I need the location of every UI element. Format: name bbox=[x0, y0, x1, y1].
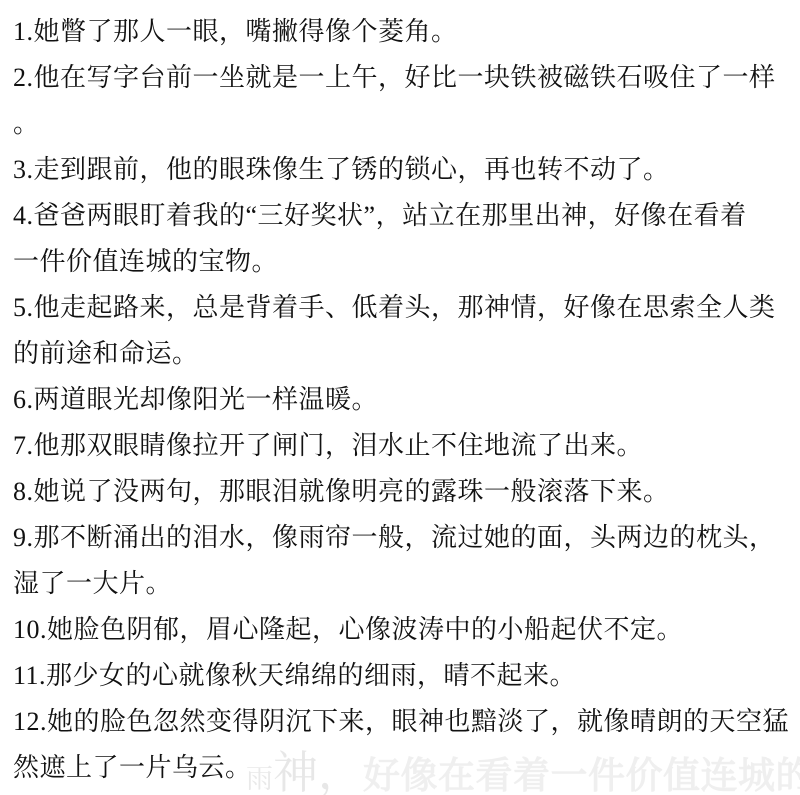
text-line: 一件价值连城的宝物。 bbox=[13, 239, 800, 285]
text-line: 12.她的脸色忽然变得阴沉下来，眼神也黯淡了，就像晴朗的天空猛 bbox=[13, 699, 800, 745]
text-line: 4.爸爸两眼盯着我的“三好奖状”，站立在那里出神，好像在看着 bbox=[13, 193, 800, 239]
text-line: 10.她脸色阴郁，眉心隆起，心像波涛中的小船起伏不定。 bbox=[13, 607, 800, 653]
text-line: 1.她瞥了那人一眼，嘴撇得像个菱角。 bbox=[13, 9, 800, 55]
page: { "page": { "background_color": "#ffffff… bbox=[0, 0, 800, 795]
text-line: 。 bbox=[13, 101, 800, 147]
text-line: 7.他那双眼睛像拉开了闸门，泪水止不住地流了出来。 bbox=[13, 423, 800, 469]
text-line: 9.那不断涌出的泪水，像雨帘一般，流过她的面，头两边的枕头， bbox=[13, 515, 800, 561]
text-line: 湿了一大片。 bbox=[13, 561, 800, 607]
document-body: 1.她瞥了那人一眼，嘴撇得像个菱角。 2.他在写字台前一坐就是一上午，好比一块铁… bbox=[13, 9, 800, 791]
text-line: 11.那少女的心就像秋天绵绵的细雨，晴不起来。 bbox=[13, 653, 800, 699]
text-line: 2.他在写字台前一坐就是一上午，好比一块铁被磁铁石吸住了一样 bbox=[13, 55, 800, 101]
text-line: 3.走到跟前，他的眼珠像生了锈的锁心，再也转不动了。 bbox=[13, 147, 800, 193]
text-line: 然遮上了一片乌云。 bbox=[13, 745, 800, 791]
text-line: 6.两道眼光却像阳光一样温暖。 bbox=[13, 377, 800, 423]
text-line: 的前途和命运。 bbox=[13, 331, 800, 377]
text-line: 5.他走起路来，总是背着手、低着头，那神情，好像在思索全人类 bbox=[13, 285, 800, 331]
text-line: 8.她说了没两句，那眼泪就像明亮的露珠一般滚落下来。 bbox=[13, 469, 800, 515]
